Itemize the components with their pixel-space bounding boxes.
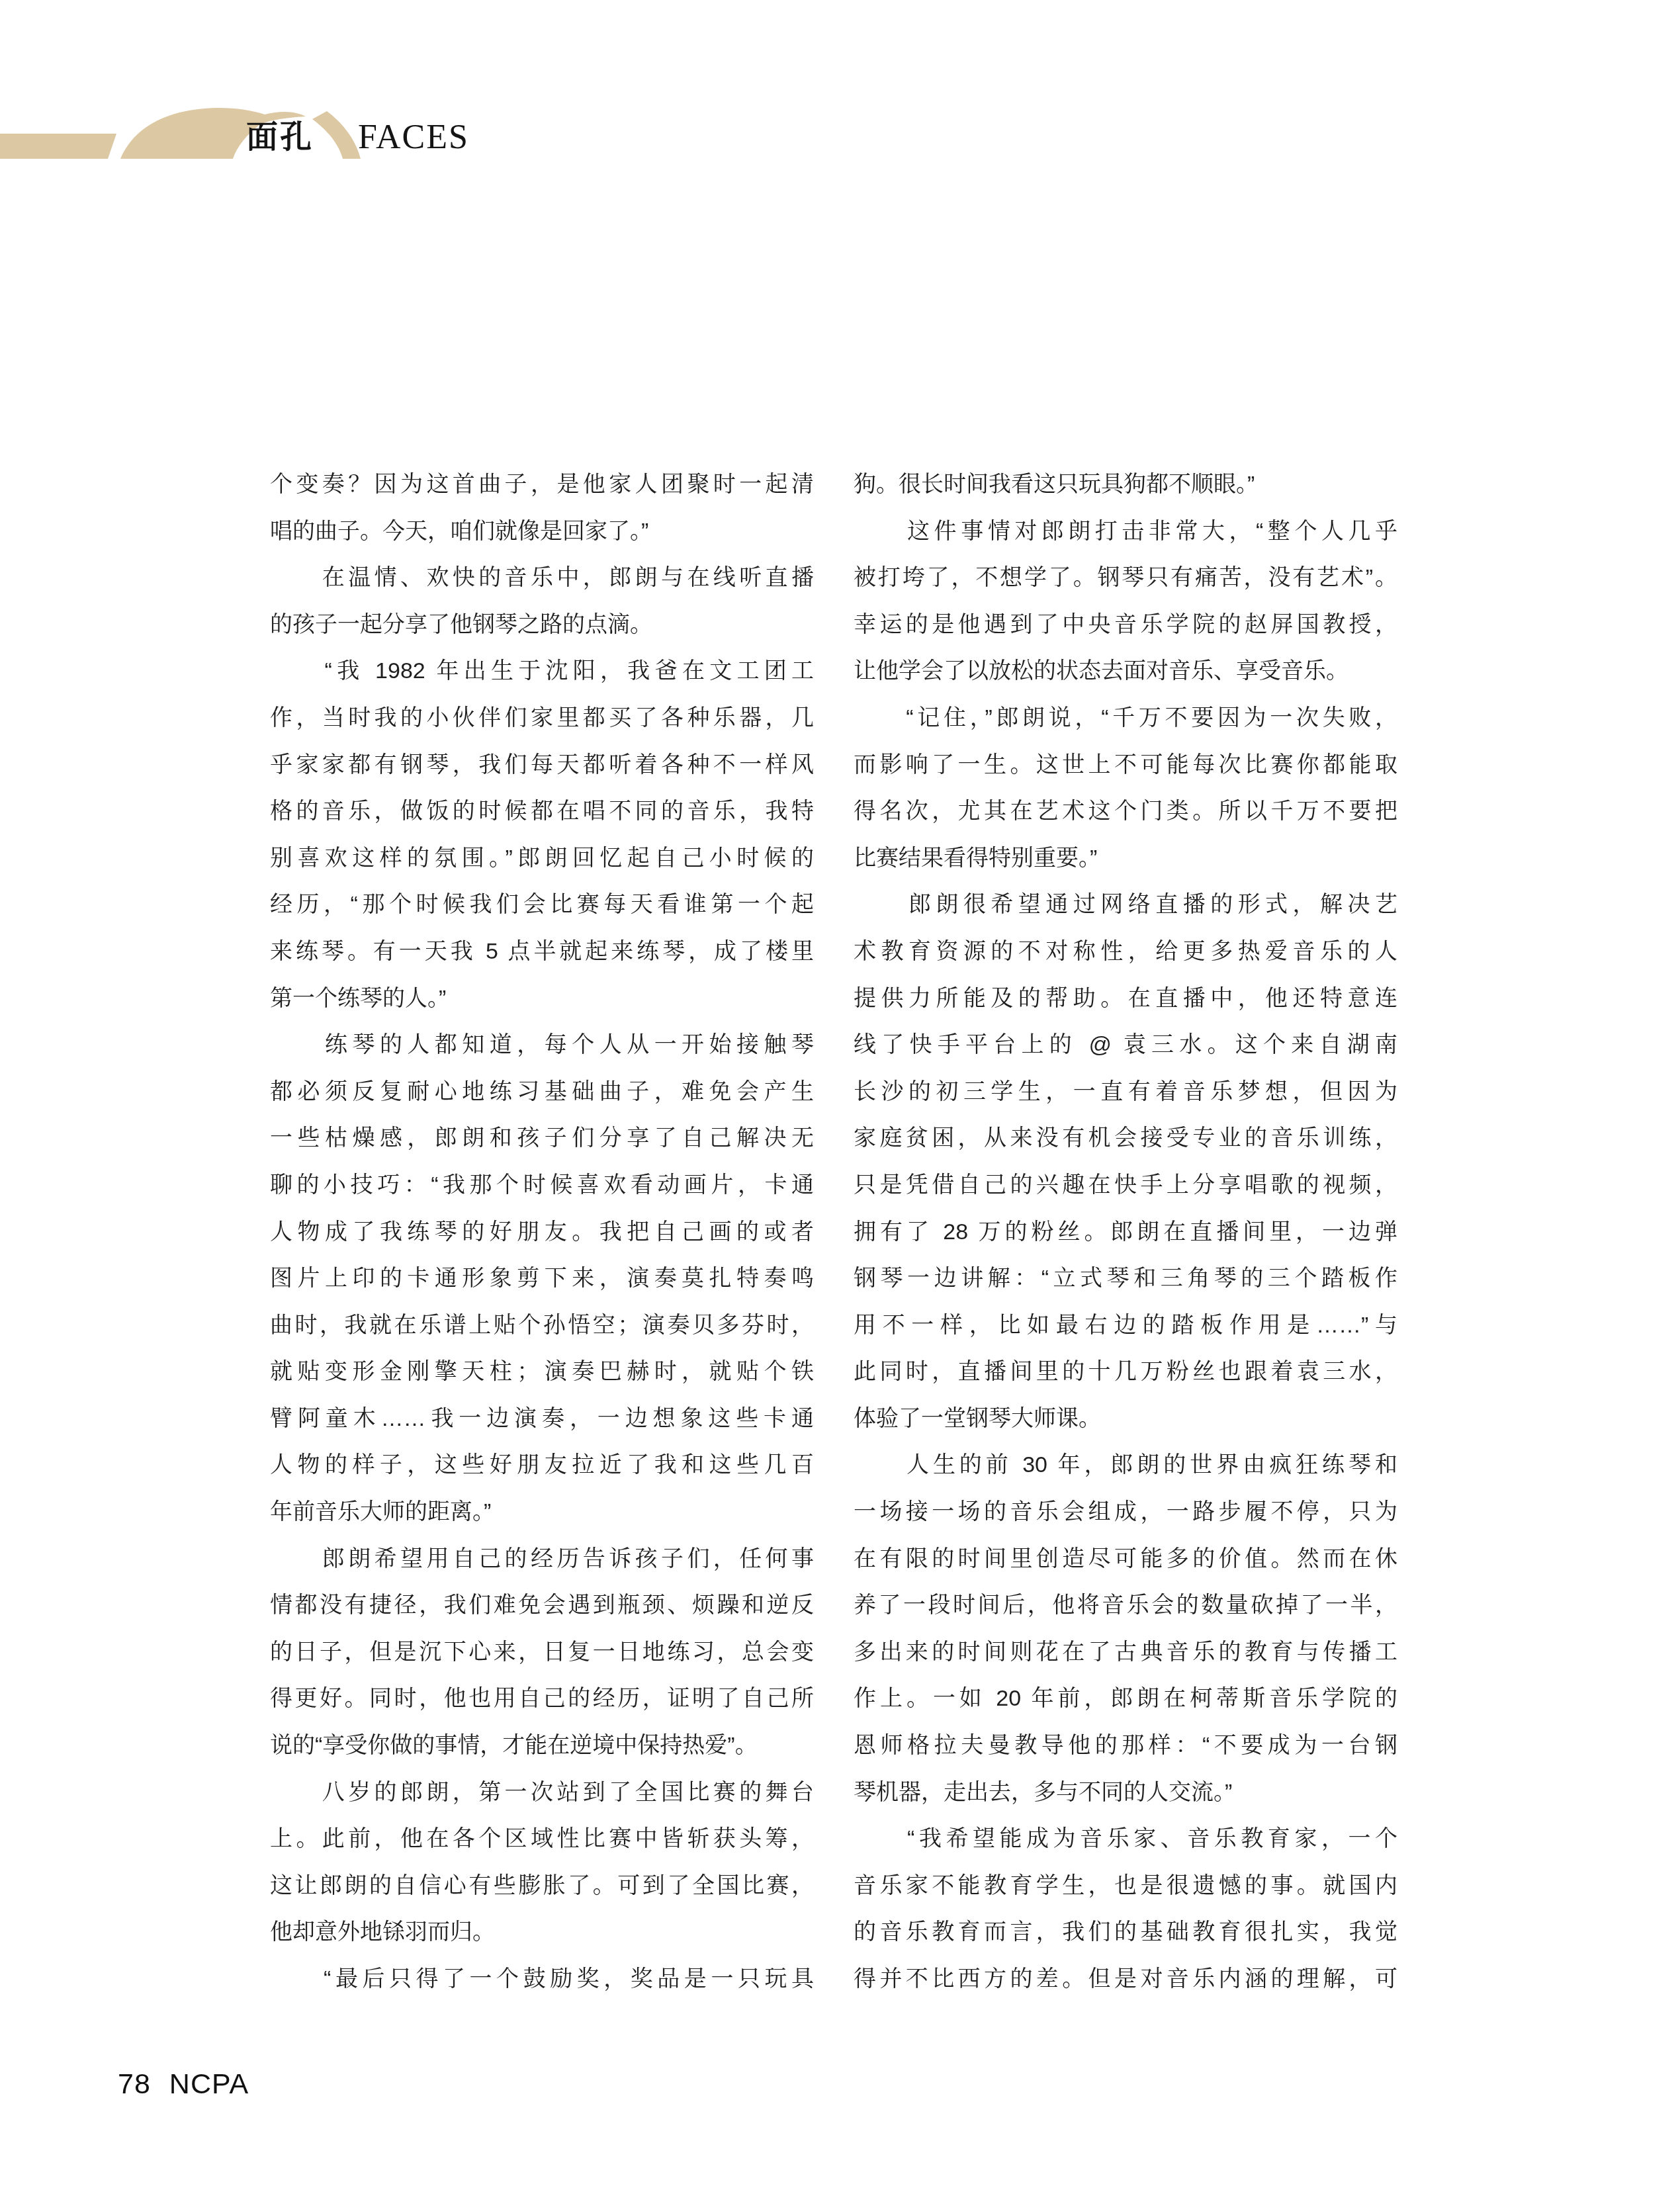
text-line: 曲时，我就在乐谱上贴个孙悟空；演奏贝多芬时， — [270, 1302, 814, 1349]
text-line: 练琴的人都知道，每个人从一开始接触琴 — [270, 1022, 814, 1069]
text-line: 来练琴。有一天我 5 点半就起来练琴，成了楼里 — [270, 928, 814, 975]
text-line: 体验了一堂钢琴大师课。 — [854, 1395, 1397, 1442]
text-line: 狗。很长时间我看这只玩具狗都不顺眼。” — [854, 461, 1397, 508]
text-line: 得更好。同时，他也用自己的经历，证明了自己所 — [270, 1675, 814, 1722]
text-line: 让他学会了以放松的状态去面对音乐、享受音乐。 — [854, 648, 1397, 695]
text-line: 钢琴一边讲解：“立式琴和三角琴的三个踏板作 — [854, 1255, 1397, 1302]
article-column-left: 个变奏？因为这首曲子，是他家人团聚时一起清唱的曲子。今天，咱们就像是回家了。” … — [270, 461, 814, 2003]
magazine-brand: NCPA — [169, 2068, 249, 2100]
page-number: 78 — [118, 2068, 151, 2100]
magazine-page: 面孔 FACES 个变奏？因为这首曲子，是他家人团聚时一起清唱的曲子。今天，咱们… — [0, 0, 1680, 2188]
text-line: 音乐家不能教育学生，也是很遗憾的事。就国内 — [854, 1862, 1397, 1909]
text-line: 都必须反复耐心地练习基础曲子，难免会产生 — [270, 1069, 814, 1116]
section-title-cn: 面孔 — [246, 120, 314, 155]
text-line: 在温情、欢快的音乐中，郎朗与在线听直播 — [270, 554, 814, 601]
text-line: 琴机器，走出去，多与不同的人交流。” — [854, 1769, 1397, 1816]
page-footer: 78NCPA — [118, 2068, 249, 2101]
text-line: 的孩子一起分享了他钢琴之路的点滴。 — [270, 601, 814, 648]
text-line: 得并不比西方的差。但是对音乐内涵的理解，可 — [854, 1956, 1397, 2003]
text-line: 唱的曲子。今天，咱们就像是回家了。” — [270, 508, 814, 555]
text-line: 说的“享受你做的事情，才能在逆境中保持热爱”。 — [270, 1722, 814, 1769]
text-line: 提供力所能及的帮助。在直播中，他还特意连 — [854, 975, 1397, 1022]
text-line: 人物的样子，这些好朋友拉近了我和这些几百 — [270, 1442, 814, 1489]
text-line: 一场接一场的音乐会组成，一路步履不停，只为 — [854, 1489, 1397, 1536]
text-line: 乎家家都有钢琴，我们每天都听着各种不一样风 — [270, 742, 814, 789]
text-line: 聊的小技巧：“我那个时候喜欢看动画片，卡通 — [270, 1162, 814, 1209]
text-line: “我 1982 年出生于沈阳，我爸在文工团工 — [270, 648, 814, 695]
text-line: 家庭贫困，从来没有机会接受专业的音乐训练， — [854, 1115, 1397, 1162]
text-line: 的音乐教育而言，我们的基础教育很扎实，我觉 — [854, 1909, 1397, 1956]
text-line: 的日子，但是沉下心来，日复一日地练习，总会变 — [270, 1629, 814, 1676]
text-line: 作，当时我的小伙伴们家里都买了各种乐器，几 — [270, 695, 814, 742]
text-line: 用不一样，比如最右边的踏板作用是……”与 — [854, 1302, 1397, 1349]
text-line: 格的音乐，做饭的时候都在唱不同的音乐，我特 — [270, 788, 814, 835]
text-line: 长沙的初三学生，一直有着音乐梦想，但因为 — [854, 1069, 1397, 1116]
text-line: 这让郎朗的自信心有些膨胀了。可到了全国比赛， — [270, 1862, 814, 1909]
text-line: 恩师格拉夫曼教导他的那样：“不要成为一台钢 — [854, 1722, 1397, 1769]
text-line: “记住，”郎朗说，“千万不要因为一次失败， — [854, 695, 1397, 742]
text-line: 此同时，直播间里的十几万粉丝也跟着袁三水， — [854, 1348, 1397, 1395]
text-line: 第一个练琴的人。” — [270, 975, 814, 1022]
text-line: 一些枯燥感，郎朗和孩子们分享了自己解决无 — [270, 1115, 814, 1162]
text-line: 线了快手平台上的 @ 袁三水。这个来自湖南 — [854, 1022, 1397, 1069]
article-column-right: 狗。很长时间我看这只玩具狗都不顺眼。” 这件事情对郎朗打击非常大，“整个人几乎被… — [854, 461, 1397, 2003]
text-line: 比赛结果看得特别重要。” — [854, 835, 1397, 882]
text-line: 个变奏？因为这首曲子，是他家人团聚时一起清 — [270, 461, 814, 508]
text-line: 别喜欢这样的氛围。”郎朗回忆起自己小时候的 — [270, 835, 814, 882]
text-line: 臂阿童木……我一边演奏，一边想象这些卡通 — [270, 1395, 814, 1442]
text-line: 养了一段时间后，他将音乐会的数量砍掉了一半， — [854, 1582, 1397, 1629]
text-line: 作上。一如 20 年前，郎朗在柯蒂斯音乐学院的 — [854, 1675, 1397, 1722]
text-line: 就贴变形金刚擎天柱；演奏巴赫时，就贴个铁 — [270, 1348, 814, 1395]
text-line: 得名次，尤其在艺术这个门类。所以千万不要把 — [854, 788, 1397, 835]
text-line: 而影响了一生。这世上不可能每次比赛你都能取 — [854, 742, 1397, 789]
text-line: 他却意外地铩羽而归。 — [270, 1909, 814, 1956]
text-line: 只是凭借自己的兴趣在快手上分享唱歌的视频， — [854, 1162, 1397, 1209]
text-line: 在有限的时间里创造尽可能多的价值。然而在休 — [854, 1536, 1397, 1583]
text-line: 郎朗很希望通过网络直播的形式，解决艺 — [854, 881, 1397, 928]
text-line: 幸运的是他遇到了中央音乐学院的赵屏国教授， — [854, 601, 1397, 648]
text-line: 年前音乐大师的距离。” — [270, 1489, 814, 1536]
text-line: 八岁的郎朗，第一次站到了全国比赛的舞台 — [270, 1769, 814, 1816]
text-line: 郎朗希望用自己的经历告诉孩子们，任何事 — [270, 1536, 814, 1583]
text-line: 上。此前，他在各个区域性比赛中皆斩获头筹， — [270, 1816, 814, 1862]
section-title-en: FACES — [358, 120, 469, 155]
text-line: 术教育资源的不对称性，给更多热爱音乐的人 — [854, 928, 1397, 975]
text-line: 这件事情对郎朗打击非常大，“整个人几乎 — [854, 508, 1397, 555]
text-line: 拥有了 28 万的粉丝。郎朗在直播间里，一边弹 — [854, 1209, 1397, 1256]
text-line: “最后只得了一个鼓励奖，奖品是一只玩具 — [270, 1956, 814, 2003]
text-line: “我希望能成为音乐家、音乐教育家，一个 — [854, 1816, 1397, 1862]
text-line: 多出来的时间则花在了古典音乐的教育与传播工 — [854, 1629, 1397, 1676]
text-line: 图片上印的卡通形象剪下来，演奏莫扎特奏鸣 — [270, 1255, 814, 1302]
text-line: 被打垮了，不想学了。钢琴只有痛苦，没有艺术”。 — [854, 554, 1397, 601]
text-line: 人生的前 30 年，郎朗的世界由疯狂练琴和 — [854, 1442, 1397, 1489]
text-line: 经历，“那个时候我们会比赛每天看谁第一个起 — [270, 881, 814, 928]
text-line: 人物成了我练琴的好朋友。我把自己画的或者 — [270, 1209, 814, 1256]
text-line: 情都没有捷径，我们难免会遇到瓶颈、烦躁和逆反 — [270, 1582, 814, 1629]
